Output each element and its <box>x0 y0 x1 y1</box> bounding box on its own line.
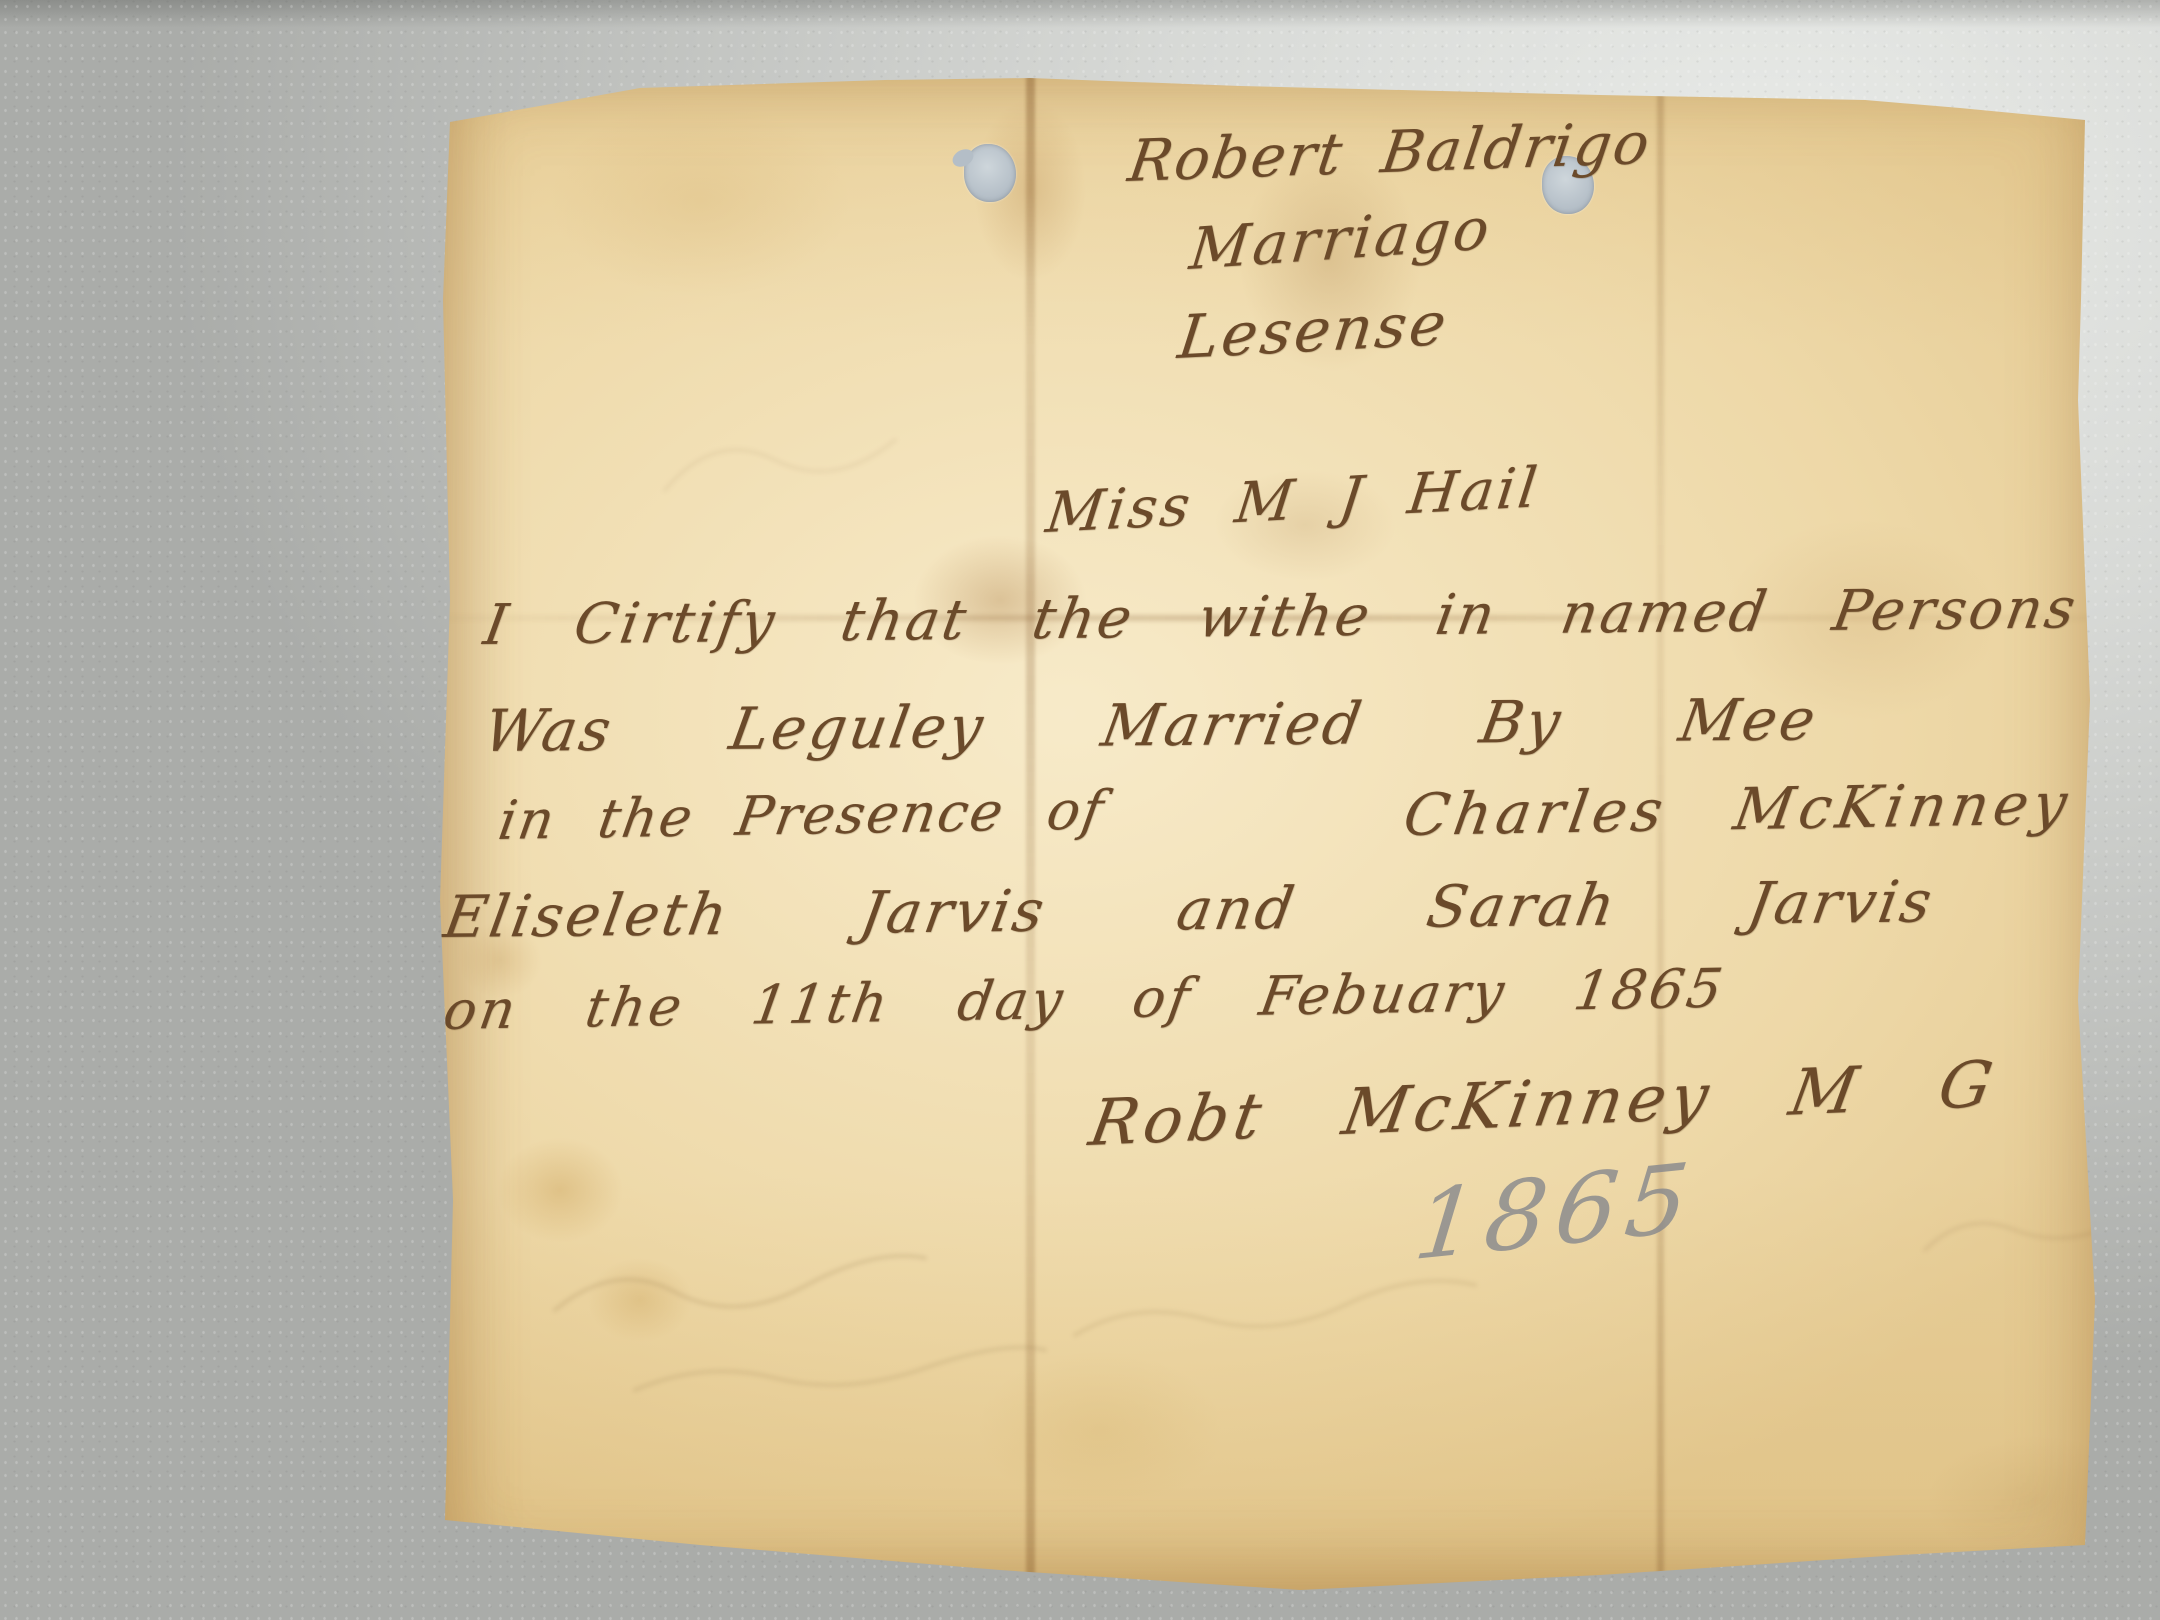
document-paper: Robert Baldrigo Marriago Lesense Miss M … <box>435 70 2100 1605</box>
body-date-line: on the 11th day of Febuary 1865 <box>440 962 1729 1038</box>
header-recipient-name: Robert Baldrigo <box>1125 114 1655 190</box>
header-marriage-word: Marriago <box>1187 199 1495 278</box>
pencil-year-annotation: 1865 <box>1410 1150 1701 1274</box>
body-married-line: Was Leguley Married By Mee <box>480 690 1822 760</box>
body-witness-charles: Charles McKinney <box>1400 774 2076 844</box>
punch-hole-left <box>964 144 1016 202</box>
photograph-background: Robert Baldrigo Marriago Lesense Miss M … <box>0 0 2160 1620</box>
officiant-signature: Robt McKinney M G <box>1085 1053 2001 1156</box>
body-presence-line: in the Presence of <box>495 783 1109 848</box>
header-bride-name: Miss M J Hail <box>1043 460 1543 542</box>
header-license-word: Lesense <box>1175 294 1452 368</box>
body-witnesses-jarvis: Eliseleth Jarvis and Sarah Jarvis <box>440 872 1938 946</box>
body-certify-line: I Cirtify that the withe in named Person… <box>480 581 2082 654</box>
